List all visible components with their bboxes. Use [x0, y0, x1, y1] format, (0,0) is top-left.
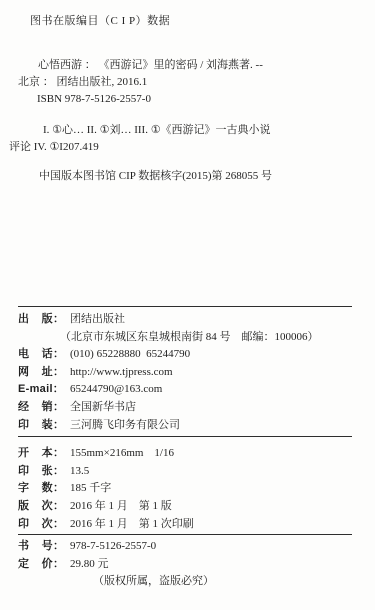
- copyright-notice: （版权所属，盗版必究）: [18, 573, 352, 591]
- cip-record-line: 中国版本图书馆 CIP 数据核字(2015)第 268055 号: [18, 168, 352, 185]
- email-label: E-mail：: [18, 381, 70, 399]
- isbn-label: 书 号：: [18, 538, 70, 556]
- impression-row: 印 次： 2016 年 1 月 第 1 次印刷: [18, 516, 352, 534]
- publisher-address: （北京市东城区东皇城根南街 84 号 邮编：100006）: [18, 329, 352, 347]
- pricing-info-block: 书 号： 978-7-5126-2557-0 定 价： 29.80 元 （版权所…: [18, 538, 352, 591]
- publisher-value: 团结出版社: [70, 311, 352, 329]
- email-row: E-mail： 65244790@163.com: [18, 381, 352, 399]
- wordcount-row: 字 数： 185 千字: [18, 480, 352, 498]
- printing-info-block: 开 本： 155mm×216mm 1/16 印 张： 13.5 字 数： 185…: [18, 445, 352, 533]
- sheets-label: 印 张：: [18, 463, 70, 481]
- publisher-label: 出 版：: [18, 311, 70, 329]
- printer-row: 印 装： 三河腾飞印务有限公司: [18, 417, 352, 435]
- printer-label: 印 装：: [18, 417, 70, 435]
- phone-row: 电 话： (010) 65228880 65244790: [18, 346, 352, 364]
- distributor-label: 经 销：: [18, 399, 70, 417]
- isbn-row: 书 号： 978-7-5126-2557-0: [18, 538, 352, 556]
- format-row: 开 本： 155mm×216mm 1/16: [18, 445, 352, 463]
- phone-label: 电 话：: [18, 346, 70, 364]
- cip-classification-block: I. ①心… II. ①刘… III. ①《西游记》一古典小说 评论 IV. ①…: [18, 122, 352, 156]
- publication-info-block: 出 版： 团结出版社 （北京市东城区东皇城根南街 84 号 邮编：100006）…: [18, 311, 352, 434]
- classification-line-2: 评论 IV. ①I207.419: [9, 139, 352, 156]
- isbn-value: 978-7-5126-2557-0: [70, 538, 352, 556]
- sheets-value: 13.5: [70, 463, 352, 481]
- cip-header: 图书在版编目（C I P）数据: [30, 14, 352, 29]
- publisher-row: 出 版： 团结出版社: [18, 311, 352, 329]
- printer-value: 三河腾飞印务有限公司: [70, 417, 352, 435]
- website-label: 网 址：: [18, 364, 70, 382]
- wordcount-label: 字 数：: [18, 480, 70, 498]
- website-row: 网 址： http://www.tjpress.com: [18, 364, 352, 382]
- cip-publisher-line: 北京 ： 团结出版社, 2016.1: [18, 74, 352, 91]
- website-value: http://www.tjpress.com: [70, 364, 352, 382]
- edition-value: 2016 年 1 月 第 1 版: [70, 498, 352, 516]
- edition-row: 版 次： 2016 年 1 月 第 1 版: [18, 498, 352, 516]
- cip-entry-block: 心悟西游 ： 《西游记》里的密码 / 刘海燕著. -- 北京 ： 团结出版社, …: [18, 57, 352, 108]
- impression-label: 印 次：: [18, 516, 70, 534]
- wordcount-value: 185 千字: [70, 480, 352, 498]
- cip-title-line: 心悟西游 ： 《西游记》里的密码 / 刘海燕著. --: [18, 57, 352, 74]
- classification-line-1: I. ①心… II. ①刘… III. ①《西游记》一古典小说: [18, 122, 352, 139]
- divider-line-3: [18, 534, 352, 535]
- format-label: 开 本：: [18, 445, 70, 463]
- edition-label: 版 次：: [18, 498, 70, 516]
- email-value: 65244790@163.com: [70, 381, 352, 399]
- impression-value: 2016 年 1 月 第 1 次印刷: [70, 516, 352, 534]
- price-value: 29.80 元: [70, 556, 352, 574]
- sheets-row: 印 张： 13.5: [18, 463, 352, 481]
- distributor-value: 全国新华书店: [70, 399, 352, 417]
- price-row: 定 价： 29.80 元: [18, 556, 352, 574]
- copyright-page: 图书在版编目（C I P）数据 心悟西游 ： 《西游记》里的密码 / 刘海燕著.…: [0, 0, 375, 610]
- price-label: 定 价：: [18, 556, 70, 574]
- cip-isbn-line: ISBN 978-7-5126-2557-0: [18, 91, 352, 108]
- divider-line-2: [18, 436, 352, 437]
- phone-value: (010) 65228880 65244790: [70, 346, 352, 364]
- divider-line-1: [18, 306, 352, 307]
- format-value: 155mm×216mm 1/16: [70, 445, 352, 463]
- distributor-row: 经 销： 全国新华书店: [18, 399, 352, 417]
